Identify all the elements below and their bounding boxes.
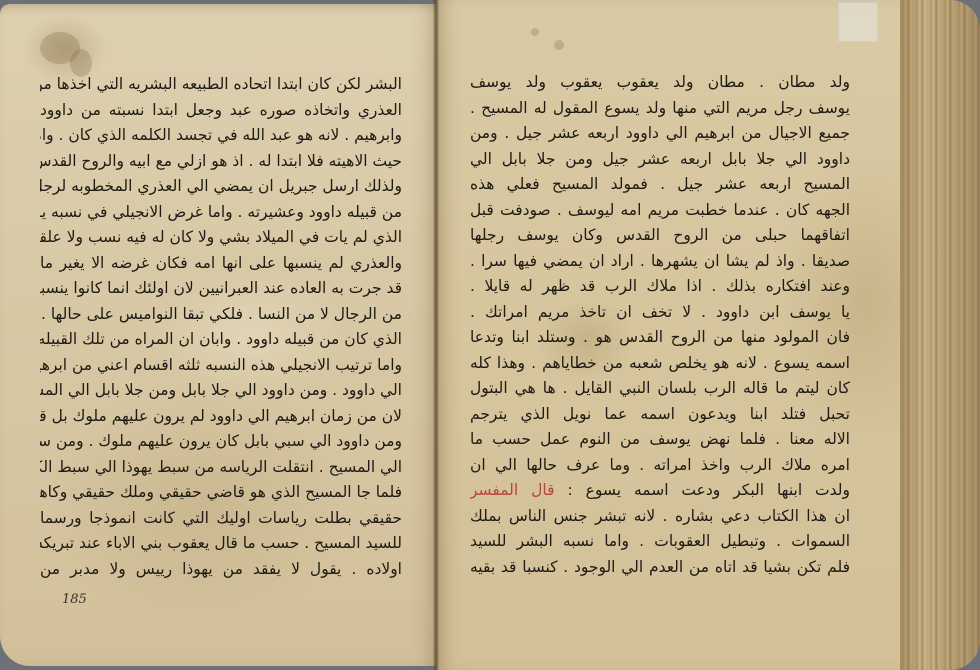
text-line: الجهه كان . عندما خطبت مريم امه ليوسف . … xyxy=(470,198,850,224)
text-line: ولد مطان . مطان ولد يعقوب يعقوب ولد يوسف xyxy=(470,70,850,96)
text-line: فان المولود منها من الروح القدس هو . وست… xyxy=(470,325,850,351)
stain xyxy=(554,40,564,50)
text-line-with-rubric: ولدت ابنها البكر ودعت اسمه يسوع : قال ال… xyxy=(470,478,850,504)
text-line: اولاده . يقول لا يفقد من يهوذا رييس ولا … xyxy=(40,557,402,583)
text-line: العذري واتخاذه صوره عبد وجعل ابتدا نسبته… xyxy=(40,98,402,124)
text-line: فلم تكن بشيا قد اتاه من العدم الي الوجود… xyxy=(470,555,850,581)
text-line: لان من زمان ابرهيم الي داوود لم يرون علي… xyxy=(40,404,402,430)
text-line: جميع الاجيال من ابرهيم الي داوود اربعه ع… xyxy=(470,121,850,147)
text-line: الي المسيح . انتقلت الرياسه من سبط يهوذا… xyxy=(40,455,402,481)
text-line: حيث الاهيته فلا ابتدا له . اذ هو ازلي مع… xyxy=(40,149,402,175)
text-line: الي داوود . ومن داوود الي جلا بابل ومن ج… xyxy=(40,378,402,404)
book-gutter xyxy=(433,0,439,670)
text-line: داوود الي جلا بابل اربعه عشر جيل ومن جلا… xyxy=(470,147,850,173)
text-line: يا يوسف ابن داوود . لا تخف ان تاخذ مريم … xyxy=(470,300,850,326)
text-line: اتفاقهما حبلى من الروح القدس وكان يوسف ر… xyxy=(470,223,850,249)
rubric-heading: قال المفسر xyxy=(470,481,555,499)
stain xyxy=(531,28,539,36)
text-line: ومن داوود الي سبي بابل كان يرون عليهم مل… xyxy=(40,429,402,455)
text-line: اسمه يسوع . لانه هو يخلص شعبه من خطاياهم… xyxy=(470,351,850,377)
text-segment: ولدت ابنها البكر ودعت اسمه يسوع : xyxy=(567,481,850,499)
text-line: كان ليتم ما قاله الرب بلسان النبي القايل… xyxy=(470,376,850,402)
text-line: ان هذا الكتاب دعي بشاره . لانه تبشر جنس … xyxy=(470,504,850,530)
text-line: المسيح اربعه عشر جيل . فمولد المسيح فعلي… xyxy=(470,172,850,198)
text-line: تحبل فتلد ابنا ويدعون اسمه عما نويل الذي… xyxy=(470,402,850,428)
right-page-text: ولد مطان . مطان ولد يعقوب يعقوب ولد يوسف… xyxy=(470,70,850,580)
text-line: من الرجال لا من النسا . فلكي تبقا النوام… xyxy=(40,302,402,328)
tape-strip xyxy=(838,2,878,42)
text-line: ولذلك ارسل جبريل ان يمضي الي العذري المخ… xyxy=(40,174,402,200)
text-line: يوسف رجل مريم التي منها ولد يسوع المقول … xyxy=(470,96,850,122)
text-line: الاله معنا . فلما نهض يوسف من النوم عمل … xyxy=(470,427,850,453)
text-line: السموات . وتبطيل العقوبات . واما نسبه ال… xyxy=(470,529,850,555)
text-line: حقيقي بطلت رياسات اوليك التي كانت انموذج… xyxy=(40,506,402,532)
text-line: من قبيله داوود وعشيرته . واما غرض الانجي… xyxy=(40,200,402,226)
text-line: وابرهيم . لانه هو عبد الله في تجسد الكلم… xyxy=(40,123,402,149)
text-line: الذي لم يات في الميلاد بشي ولا كان له في… xyxy=(40,225,402,251)
text-line: الذي كان من قبيله داوود . وابان ان المرا… xyxy=(40,327,402,353)
left-page-text: البشر لكن كان ابتدا اتحاده الطبيعه البشر… xyxy=(40,72,402,582)
text-line: وعند افتكاره بذلك . اذا ملاك الرب قد ظهر… xyxy=(470,274,850,300)
text-line: امره ملاك الرب واخذ امراته . وما عرف حال… xyxy=(470,453,850,479)
folio-number: 185 xyxy=(62,592,87,607)
manuscript-spread: البشر لكن كان ابتدا اتحاده الطبيعه البشر… xyxy=(0,0,980,670)
text-line: فلما جا المسيح الذي هو قاضي حقيقي وملك ح… xyxy=(40,480,402,506)
text-line: البشر لكن كان ابتدا اتحاده الطبيعه البشر… xyxy=(40,72,402,98)
text-line: واما ترتيب الانجيلي هذه النسبه ثلثه اقسا… xyxy=(40,353,402,379)
text-line: للسيد المسيح . حسب ما قال يعقوب بني الاب… xyxy=(40,531,402,557)
text-line: والعذري لم ينسبها على انها امه فكان غرضه… xyxy=(40,251,402,277)
text-line: صديقا . واذ لم يشا ان يشهرها . اراد ان ي… xyxy=(470,249,850,275)
page-edges xyxy=(900,0,980,670)
text-line: قد جرت به العاده عند العبرانيين لان اولئ… xyxy=(40,276,402,302)
